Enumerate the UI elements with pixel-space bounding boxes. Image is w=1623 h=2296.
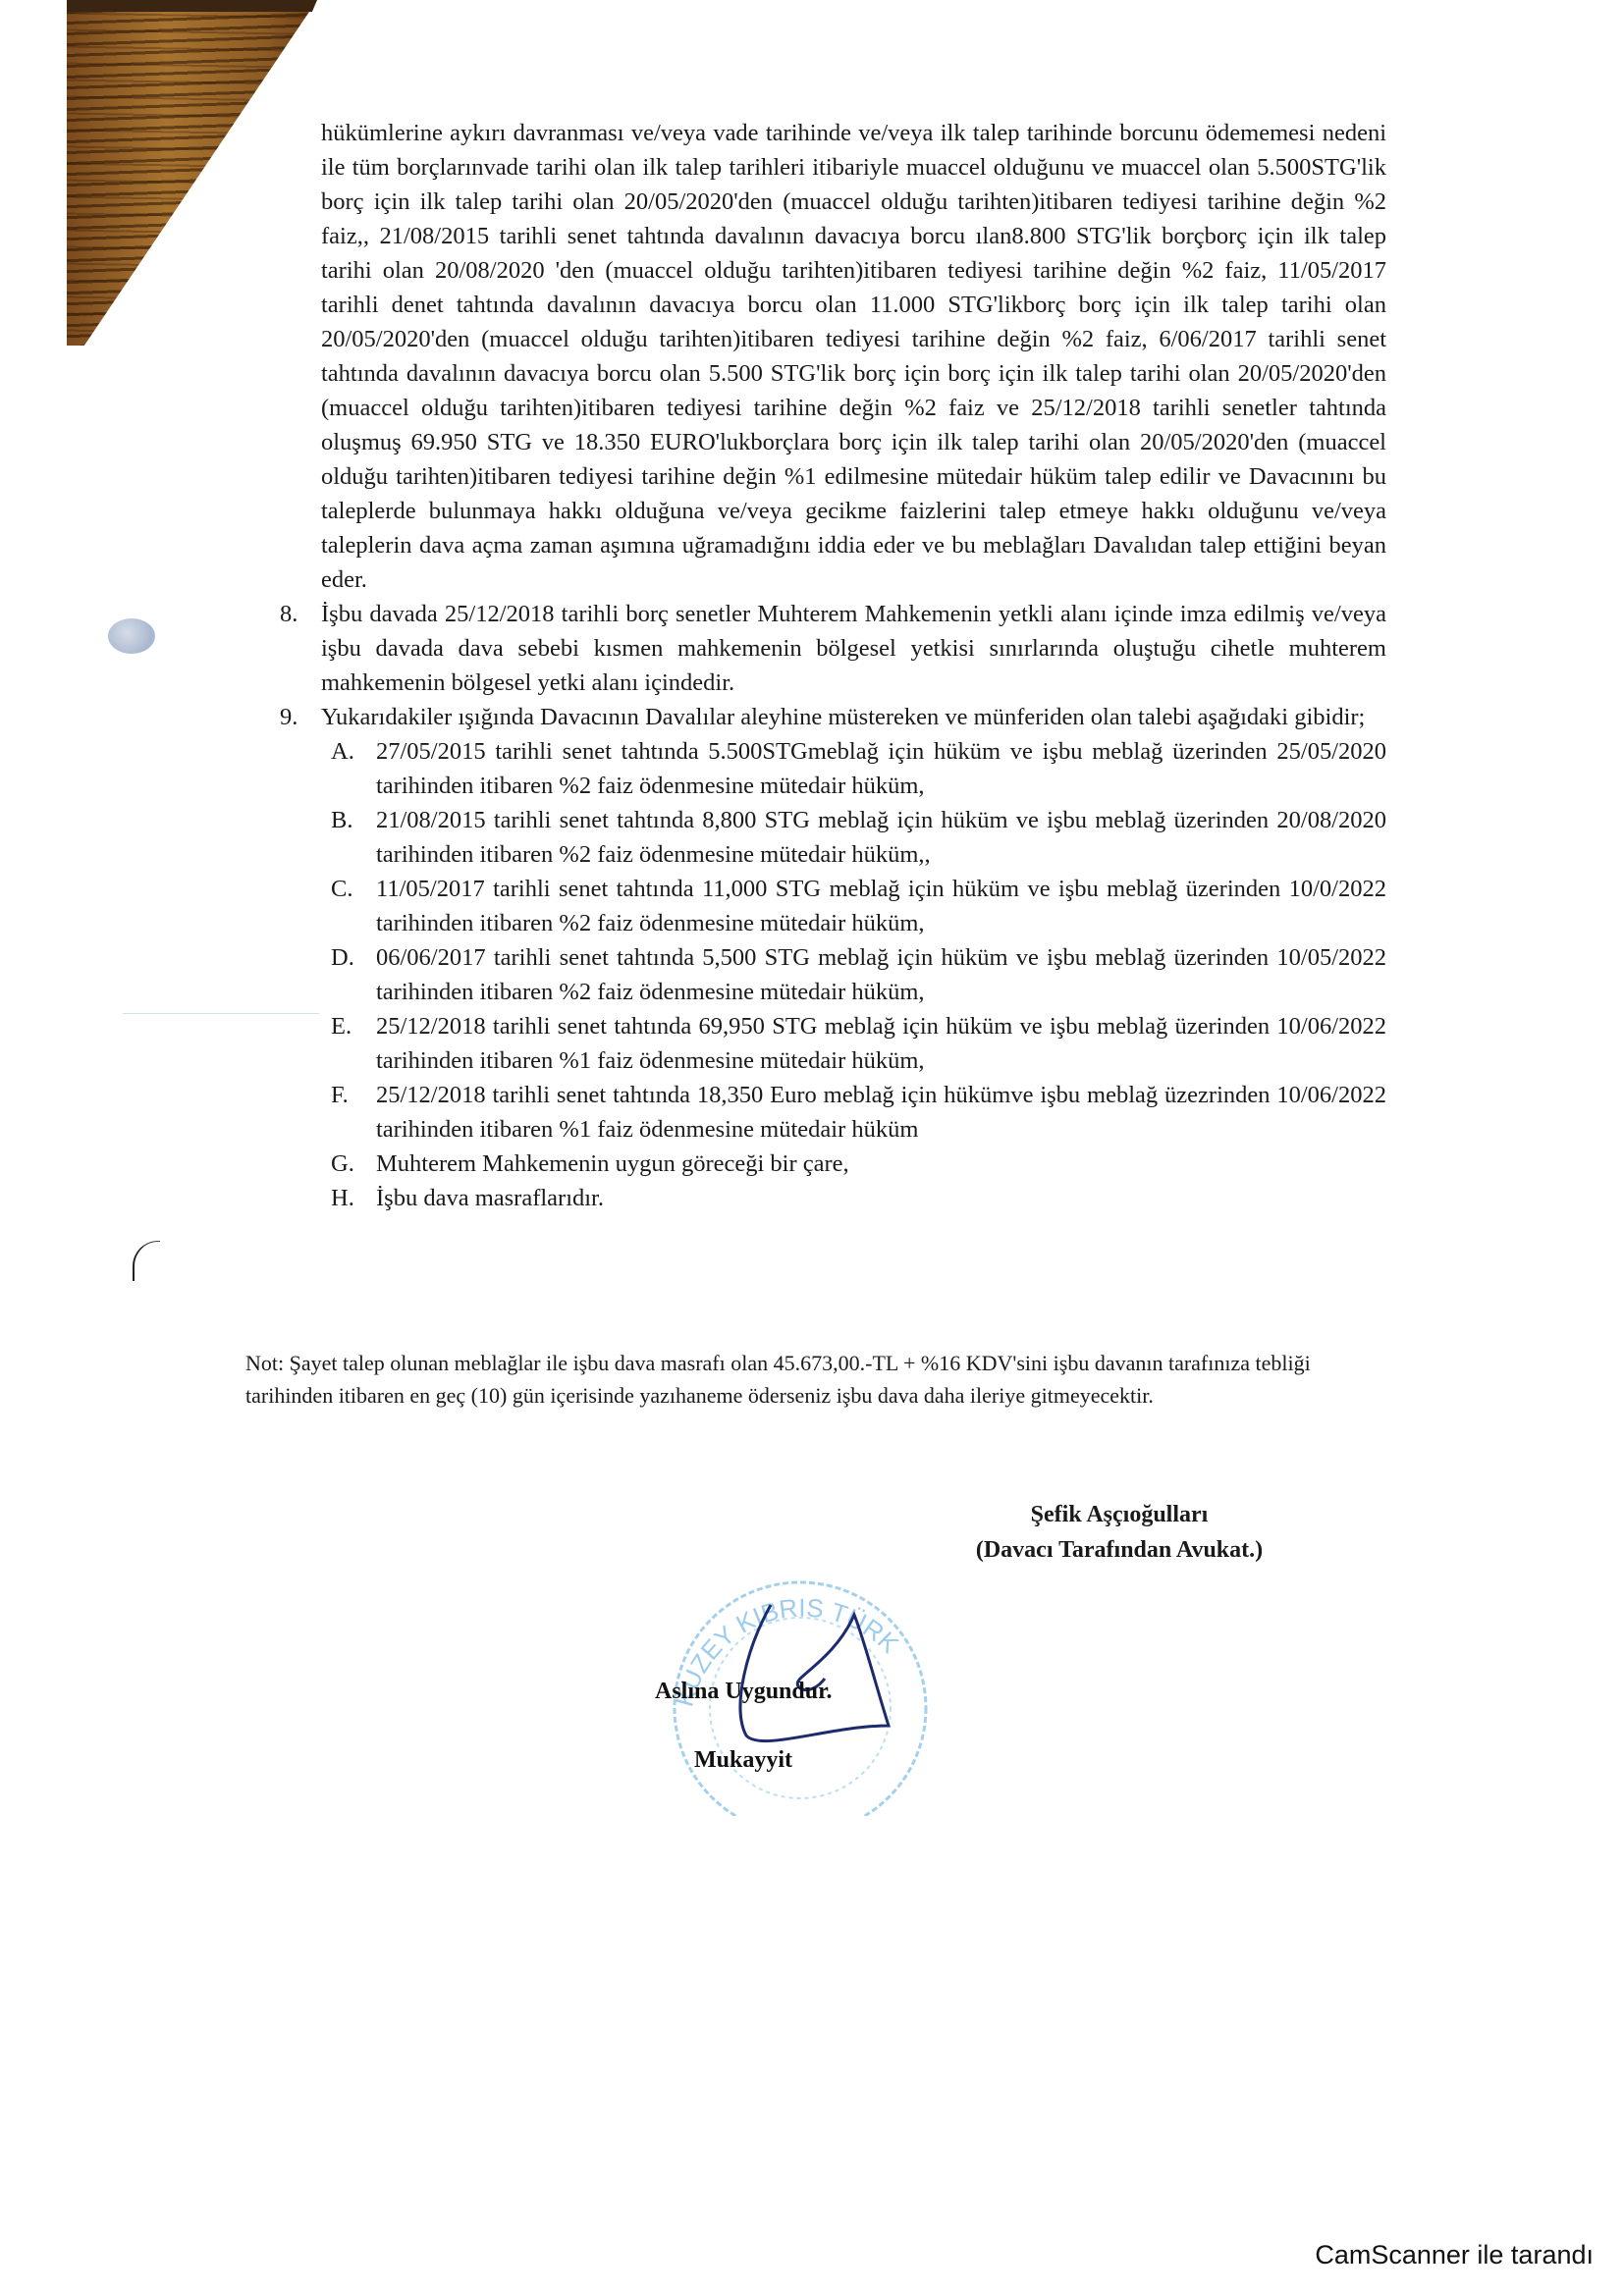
punch-hole-mark xyxy=(108,618,155,654)
claim-item-d: D. 06/06/2017 tarihli senet tahtında 5,5… xyxy=(331,940,1386,1009)
claim-text: Muhterem Mahkemenin uygun göreceği bir ç… xyxy=(376,1150,849,1177)
claim-letter: A. xyxy=(331,734,354,769)
claim-text: 21/08/2015 tarihli senet tahtında 8,800 … xyxy=(376,807,1386,868)
document-body: hükümlerine aykırı davranması ve/veya va… xyxy=(321,116,1386,1215)
claim-item-a: A. 27/05/2015 tarihli senet tahtında 5.5… xyxy=(331,734,1386,803)
claim-letter: C. xyxy=(331,872,352,906)
claim-item-e: E. 25/12/2018 tarihli senet tahtında 69,… xyxy=(331,1009,1386,1078)
claim-text: İşbu dava masraflarıdır. xyxy=(376,1185,604,1211)
paragraph-text: hükümlerine aykırı davranması ve/veya va… xyxy=(321,116,1386,597)
scan-artifact-curl xyxy=(133,1241,160,1281)
claim-letter: B. xyxy=(331,803,352,837)
claim-text: 06/06/2017 tarihli senet tahtında 5,500 … xyxy=(376,944,1386,1005)
certifier-title: Mukayyit xyxy=(694,1747,792,1774)
official-stamp: KUZEY KIBRIS TÜRK Aslına Uygundur. Mukay… xyxy=(653,1561,947,1816)
claim-text: 25/12/2018 tarihli senet tahtında 69,950… xyxy=(376,1013,1386,1074)
claim-item-g: G. Muhterem Mahkemenin uygun göreceği bi… xyxy=(331,1147,1386,1181)
claim-text: 25/12/2018 tarihli senet tahtında 18,350… xyxy=(376,1082,1386,1143)
claim-item-f: F. 25/12/2018 tarihli senet tahtında 18,… xyxy=(331,1078,1386,1147)
attorney-name: Şefik Aşçıoğulları xyxy=(923,1497,1316,1532)
claim-text: 11/05/2017 tarihli senet tahtında 11,000… xyxy=(376,876,1386,936)
claim-letter: D. xyxy=(331,940,354,975)
claim-item-b: B. 21/08/2015 tarihli senet tahtında 8,8… xyxy=(331,803,1386,872)
signature-block: Şefik Aşçıoğulları (Davacı Tarafından Av… xyxy=(923,1497,1316,1568)
claim-item-c: C. 11/05/2017 tarihli senet tahtında 11,… xyxy=(331,872,1386,940)
scan-artifact-line xyxy=(123,1013,319,1014)
certification-text: Aslına Uygundur. xyxy=(655,1679,833,1705)
claims-list: A. 27/05/2015 tarihli senet tahtında 5.5… xyxy=(331,734,1386,1215)
claim-letter: G. xyxy=(331,1147,354,1181)
claim-item-h: H. İşbu dava masraflarıdır. xyxy=(331,1181,1386,1215)
numbered-item-9: 9. Yukarıdakiler ışığında Davacının Dava… xyxy=(321,700,1386,734)
item-number: 8. xyxy=(280,597,298,631)
paragraph-continuation: hükümlerine aykırı davranması ve/veya va… xyxy=(321,116,1386,597)
payment-note: Not: Şayet talep olunan meblağlar ile iş… xyxy=(245,1347,1345,1412)
wood-table-corner xyxy=(67,0,317,346)
claim-letter: H. xyxy=(331,1181,354,1215)
claim-letter: F. xyxy=(331,1078,349,1112)
claim-letter: E. xyxy=(331,1009,352,1043)
item-text: İşbu davada 25/12/2018 tarihli borç sene… xyxy=(321,601,1386,696)
item-text: Yukarıdakiler ışığında Davacının Davalıl… xyxy=(321,704,1365,730)
item-number: 9. xyxy=(280,700,298,734)
wood-table-edge xyxy=(67,0,317,12)
camscanner-watermark: CamScanner ile tarandı xyxy=(1315,2240,1594,2270)
claim-text: 27/05/2015 tarihli senet tahtında 5.500S… xyxy=(376,738,1386,799)
attorney-role: (Davacı Tarafından Avukat.) xyxy=(923,1532,1316,1568)
numbered-item-8: 8. İşbu davada 25/12/2018 tarihli borç s… xyxy=(321,597,1386,700)
